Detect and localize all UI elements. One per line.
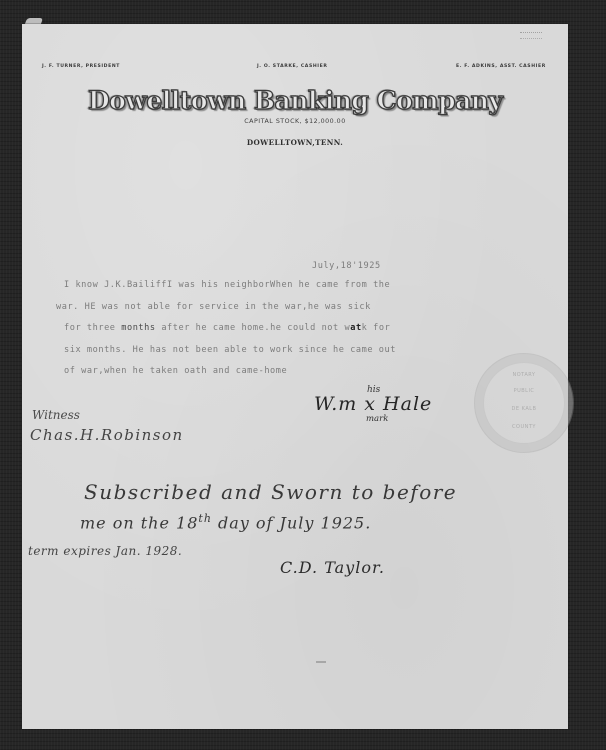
officer-cashier: J. O. STARKE, CASHIER bbox=[257, 64, 328, 69]
bank-logo: Dowelltown Banking Company bbox=[88, 86, 498, 115]
printer-mark bbox=[520, 32, 542, 39]
jurat-line-1: Subscribed and Sworn to before bbox=[84, 480, 457, 504]
text-run-bold: months bbox=[121, 323, 155, 333]
officer-title: CASHIER bbox=[301, 64, 328, 69]
signature-mark: mark bbox=[366, 414, 388, 424]
text-run: me on the 18 bbox=[80, 513, 198, 532]
letter-page: J. F. TURNER, PRESIDENT J. O. STARKE, CA… bbox=[22, 24, 568, 729]
affiant-signature: W.m x Hale bbox=[314, 393, 432, 415]
seal-text: PUBLIC bbox=[493, 388, 555, 394]
seal-text: NOTARY bbox=[493, 372, 555, 378]
officer-asst-cashier: E. F. ADKINS, ASST. CASHIER bbox=[456, 64, 546, 69]
officer-name: E. F. ADKINS, bbox=[456, 64, 498, 69]
seal-text: COUNTY bbox=[493, 424, 555, 430]
letter-line-3: for three months after he came home.he c… bbox=[64, 323, 390, 333]
letter-date: July,18'1925 bbox=[312, 261, 381, 271]
jurat-line-2: me on the 18th day of July 1925. bbox=[80, 512, 371, 532]
officer-name: J. F. TURNER, bbox=[42, 64, 83, 69]
commission-expiry: term expires Jan. 1928. bbox=[28, 544, 182, 558]
ordinal-suffix: th bbox=[198, 512, 212, 525]
text-run: day of July 1925. bbox=[212, 513, 371, 532]
officer-name: J. O. STARKE, bbox=[257, 64, 299, 69]
ink-correction: at bbox=[350, 323, 361, 333]
notary-seal-embossed: NOTARY PUBLIC DE KALB COUNTY bbox=[474, 353, 574, 453]
officer-president: J. F. TURNER, PRESIDENT bbox=[42, 64, 120, 69]
stray-mark bbox=[316, 661, 326, 663]
letter-line-1: I know J.K.BailiffI was his neighborWhen… bbox=[64, 280, 390, 290]
letter-line-4: six months. He has not been able to work… bbox=[64, 345, 396, 355]
letter-line-2: war. HE was not able for service in the … bbox=[56, 302, 371, 312]
officer-title: PRESIDENT bbox=[86, 64, 120, 69]
capital-stock: CAPITAL STOCK, $12,000.00 bbox=[22, 118, 568, 125]
officer-title: ASST. CASHIER bbox=[500, 64, 546, 69]
notary-signature: C.D. Taylor. bbox=[280, 558, 385, 577]
bank-city: DOWELLTOWN,TENN. bbox=[22, 138, 568, 147]
text-run: k for bbox=[362, 323, 391, 333]
seal-text: DE KALB bbox=[493, 406, 555, 412]
witness-label: Witness bbox=[32, 408, 80, 422]
text-run: for three bbox=[64, 323, 121, 333]
letter-line-5: of war,when he taken oath and came-home bbox=[64, 366, 287, 376]
text-run: after he came home.he could not w bbox=[156, 323, 351, 333]
witness-signature: Chas.H.Robinson bbox=[30, 426, 184, 444]
